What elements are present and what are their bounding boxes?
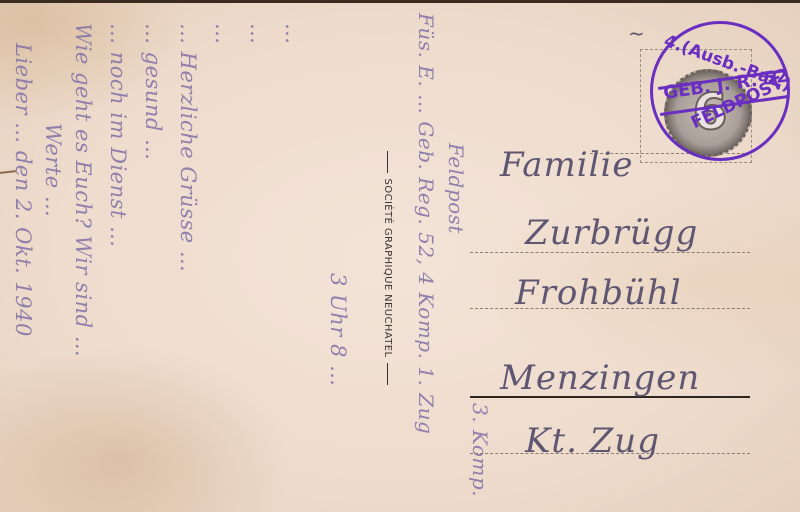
divider [388,151,389,173]
publisher-text: SOCIÉTÉ GRAPHIQUE NEUCHATEL [383,179,394,358]
sender-line: Füs. E. … Geb. Reg. 52, 4 Komp. 1. Zug [414,13,438,434]
address-line-5: Kt. Zug [525,421,660,461]
sender-line: Feldpost [444,143,468,234]
message-line: 3 Uhr 8 … [326,273,350,387]
message-line: Wie geht es Euch? Wir sind … [71,23,95,357]
message-line: … [281,23,305,45]
handwritten-message: Lieber … den 2. Okt. 1940 Werte … Wie ge… [0,3,380,512]
address-line-3: Frohbühl [515,273,682,313]
message-line: … [246,23,270,45]
publisher-imprint: SOCIÉTÉ GRAPHIQUE NEUCHATEL [378,133,398,403]
message-line: Lieber … den 2. Okt. 1940 [11,43,35,337]
postcard-back: Lieber … den 2. Okt. 1940 Werte … Wie ge… [0,0,800,512]
sender-margin-note: 3. Komp. [468,403,492,497]
address-line-4: Menzingen [500,358,700,398]
message-line: Werte … [41,123,65,217]
pencil-cancel-mark: ~ [628,21,645,45]
address-line-1: Familie [500,145,634,185]
address-line-2: Zurbrügg [525,213,698,253]
divider [388,363,389,385]
sender-column: Füs. E. … Geb. Reg. 52, 4 Komp. 1. Zug F… [400,3,500,512]
message-line: … [211,23,235,45]
message-line: … Herzliche Grüsse … [176,23,200,272]
message-line: … gesund … [141,23,165,161]
message-line: … noch im Dienst … [106,23,130,248]
